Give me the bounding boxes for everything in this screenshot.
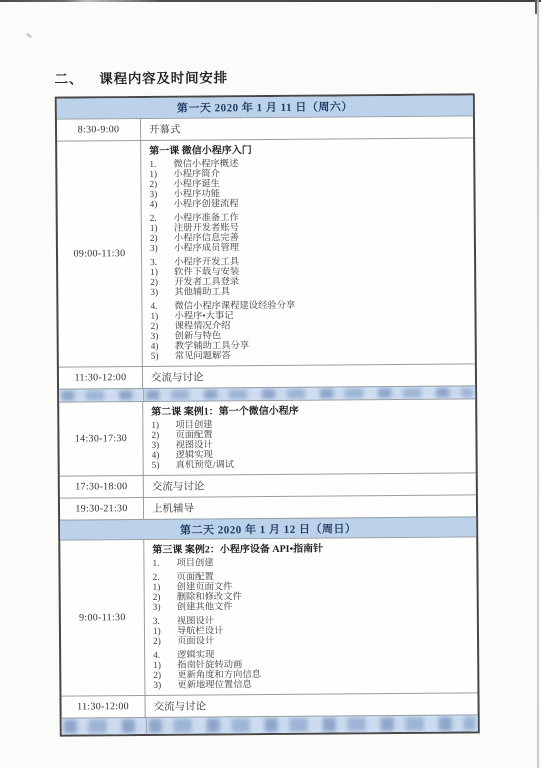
list-marker: 2): [149, 180, 173, 190]
list-marker: 3.: [150, 258, 174, 268]
time-cell: 11:30-12:00: [59, 367, 143, 389]
list-marker: 3): [153, 603, 177, 613]
list-item: 2)页面设计: [153, 634, 469, 646]
session-row: 9:00-11:30第三课 案例2：小程序设备 API•指南针1.项目创建2.页…: [60, 536, 477, 695]
session-title: 第二课 案例1：第一个微信小程序: [151, 403, 467, 418]
time-cell: 14:30-17:30: [59, 402, 144, 476]
list-marker: 5): [151, 352, 175, 362]
list-marker: 4): [151, 342, 175, 352]
activity-label: 上机辅导: [152, 501, 194, 516]
scan-speck: [26, 32, 33, 38]
schedule-row: 17:30-18:00交流与讨论: [60, 472, 476, 497]
list-text: 创建其他文件: [177, 600, 469, 612]
topic-group: 3.视图设计1)导航栏设计2)页面设计: [153, 614, 469, 646]
list-text: 小程序成员管理: [174, 241, 466, 253]
activity-cell: 第一课 微信小程序入门1.微信小程序概述1)小程序简介2)小程序诞生3)小程序功…: [141, 138, 475, 366]
time-cell: 8:30-9:00: [57, 119, 141, 141]
list-marker: 2): [151, 322, 175, 332]
topic-group: 3.小程序开发工具1)软件下载与安装2)开发者工具登录3)其他辅助工具: [150, 255, 466, 297]
redacted-content-cell: [147, 715, 478, 734]
list-text: 其他辅助工具: [174, 285, 466, 297]
topic-group: 2.小程序准备工作1)注册开发者账号2)小程序信息完善3)小程序成员管理: [150, 211, 466, 253]
activity-cell: 交流与讨论: [143, 364, 475, 388]
section-title: 课程内容及时间安排: [99, 70, 228, 86]
list-marker: 1): [153, 583, 177, 593]
list-marker: 1): [153, 627, 177, 637]
redacted-smudge: [64, 719, 144, 734]
redacted-row: [62, 714, 478, 734]
list-marker: 1.: [149, 160, 173, 170]
activity-label: 交流与讨论: [151, 370, 204, 385]
activity-label: 交流与讨论: [152, 479, 205, 494]
list-marker: 3): [151, 441, 175, 451]
list-marker: 3): [150, 190, 174, 200]
list-marker: 2): [150, 234, 174, 244]
activity-cell: 交流与讨论: [144, 473, 476, 497]
list-item: 1.项目创建: [152, 556, 468, 568]
list-text: 真机预览/调试: [176, 458, 468, 470]
list-item: 3)小程序成员管理: [150, 241, 466, 253]
list-marker: 2): [151, 431, 175, 441]
topic-group: 1.微信小程序概述1)小程序简介2)小程序诞生3)小程序功能4)小程序创建流程: [149, 157, 465, 209]
list-marker: 1): [151, 421, 175, 431]
activity-cell: 交流与讨论: [145, 693, 477, 717]
scan-edge-top: [0, 0, 541, 2]
list-item: 4)小程序创建流程: [150, 197, 466, 209]
activity-cell: 上机辅导: [144, 495, 476, 519]
topic-group: 4.逻辑实现1)指南针旋转动画2)更新角度和方向信息3)更新地理位置信息: [153, 648, 469, 690]
topic-group: 1.项目创建: [152, 556, 468, 568]
redacted-smudge: [149, 716, 476, 733]
time-cell: 11:30-12:00: [61, 696, 145, 718]
schedule-table: 第一天 2020 年 1 月 11 日（周六）8:30-9:00开幕式09:00…: [55, 93, 480, 736]
list-text: 项目创建: [176, 556, 468, 568]
scan-edge-right: [537, 0, 539, 768]
topic-group: 2.页面配置1)创建页面文件2)删除和修改文件3)创建其他文件: [153, 570, 469, 612]
list-marker: 1): [150, 312, 174, 322]
list-marker: 2.: [150, 214, 174, 224]
schedule-row: 11:30-12:00交流与讨论: [59, 363, 475, 388]
list-marker: 3.: [153, 617, 177, 627]
list-marker: 3): [151, 332, 175, 342]
schedule-row: 19:30-21:30上机辅导: [60, 494, 476, 519]
list-marker: 4): [152, 451, 176, 461]
list-text: 页面设计: [177, 634, 469, 646]
time-cell: 9:00-11:30: [60, 540, 145, 696]
session-title: 第一课 微信小程序入门: [149, 142, 465, 157]
list-item: 5)常见问题解答: [151, 349, 467, 361]
activity-label: 开幕式: [149, 122, 181, 137]
scanned-page: 二、课程内容及时间安排 第一天 2020 年 1 月 11 日（周六）8:30-…: [0, 0, 541, 768]
topic-group: 1)项目创建2)页面配置3)视图设计4)逻辑实现5)真机预览/调试: [151, 418, 467, 470]
activity-cell: 第二课 案例1：第一个微信小程序1)项目创建2)页面配置3)视图设计4)逻辑实现…: [143, 399, 476, 475]
session-row: 14:30-17:30第二课 案例1：第一个微信小程序1)项目创建2)页面配置3…: [59, 398, 476, 475]
list-item: 5)真机预览/调试: [152, 458, 468, 470]
redacted-time-cell: [59, 389, 144, 402]
time-cell: 19:30-21:30: [60, 498, 144, 520]
section-number: 二、: [55, 71, 84, 86]
session-row: 09:00-11:30第一课 微信小程序入门1.微信小程序概述1)小程序简介2)…: [57, 137, 475, 366]
schedule-row: 8:30-9:00开幕式: [57, 115, 473, 140]
activity-cell: 第三课 案例2：小程序设备 API•指南针1.项目创建2.页面配置1)创建页面文…: [144, 537, 477, 695]
list-text: 小程序创建流程: [174, 197, 466, 209]
time-cell: 09:00-11:30: [57, 141, 143, 367]
list-marker: 2): [153, 593, 177, 603]
section-heading: 二、课程内容及时间安排: [55, 66, 228, 87]
list-text: 常见问题解答: [175, 349, 467, 361]
topic-group: 4.微信小程序课程建设经验分享1)小程序•大事记2)课程情况介绍3)创新与特色4…: [150, 299, 466, 361]
time-cell: 17:30-18:00: [60, 476, 144, 498]
day-header-label: 第二天 2020 年 1 月 12 日（周日）: [180, 520, 357, 537]
day-header-label: 第一天 2020 年 1 月 11 日（周六）: [177, 98, 353, 115]
list-marker: 3): [150, 244, 174, 254]
list-item: 3)其他辅助工具: [150, 285, 466, 297]
list-marker: 1.: [152, 559, 176, 569]
list-marker: 2.: [153, 573, 177, 583]
list-text: 更新地理位置信息: [177, 678, 469, 690]
activity-label: 交流与讨论: [154, 699, 207, 714]
list-marker: 2): [153, 671, 177, 681]
schedule-row: 11:30-12:00交流与讨论: [61, 692, 477, 717]
redacted-smudge: [61, 390, 141, 401]
list-marker: 1): [150, 224, 174, 234]
list-marker: 3): [150, 288, 174, 298]
activity-cell: 开幕式: [141, 116, 473, 140]
list-marker: 4): [150, 200, 174, 210]
list-marker: 3): [153, 681, 177, 691]
list-marker: 1): [150, 268, 174, 278]
list-marker: 1): [149, 170, 173, 180]
list-item: 3)创建其他文件: [153, 600, 469, 612]
list-marker: 2): [150, 278, 174, 288]
list-marker: 4.: [150, 302, 174, 312]
list-item: 3)更新地理位置信息: [153, 678, 469, 690]
list-marker: 4.: [153, 651, 177, 661]
list-marker: 5): [152, 461, 176, 471]
list-marker: 2): [153, 637, 177, 647]
session-title: 第三课 案例2：小程序设备 API•指南针: [152, 541, 468, 556]
redacted-time-cell: [62, 718, 147, 735]
list-marker: 1): [153, 661, 177, 671]
